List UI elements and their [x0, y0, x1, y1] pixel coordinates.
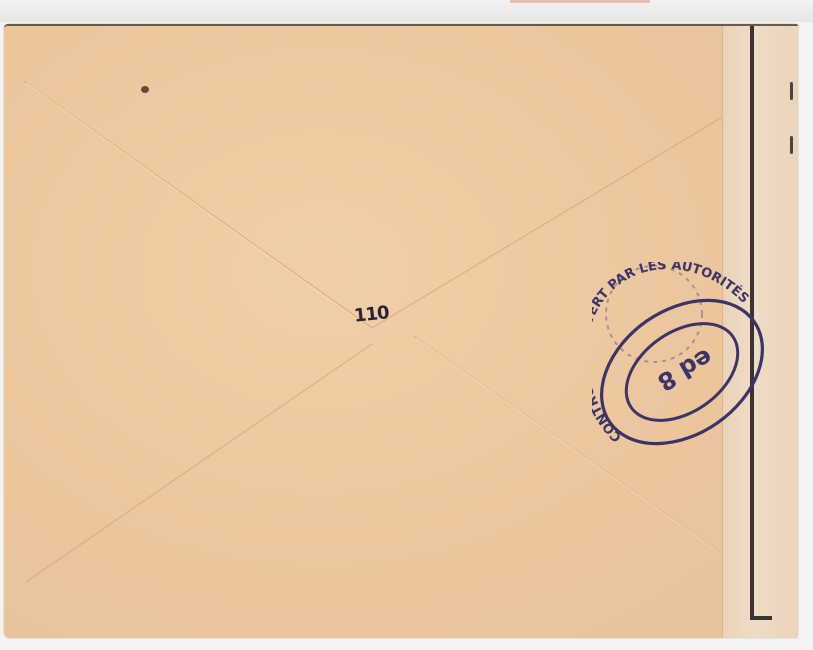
number-stamp: 110 — [353, 302, 390, 326]
censor-center-text: ed 8 — [653, 343, 718, 397]
tape-mark — [790, 136, 793, 154]
envelope-back: 110 CONTROLE ★ OUVERT PAR LES AUTORITÉS … — [4, 24, 798, 638]
tape-border-foot — [750, 616, 772, 620]
tape-mark — [790, 82, 793, 100]
ink-spot — [141, 86, 149, 93]
censor-stamp: CONTROLE ★ OUVERT PAR LES AUTORITÉS ed 8 — [592, 262, 772, 472]
red-mark — [510, 0, 650, 3]
scan-background-strip — [0, 0, 813, 22]
